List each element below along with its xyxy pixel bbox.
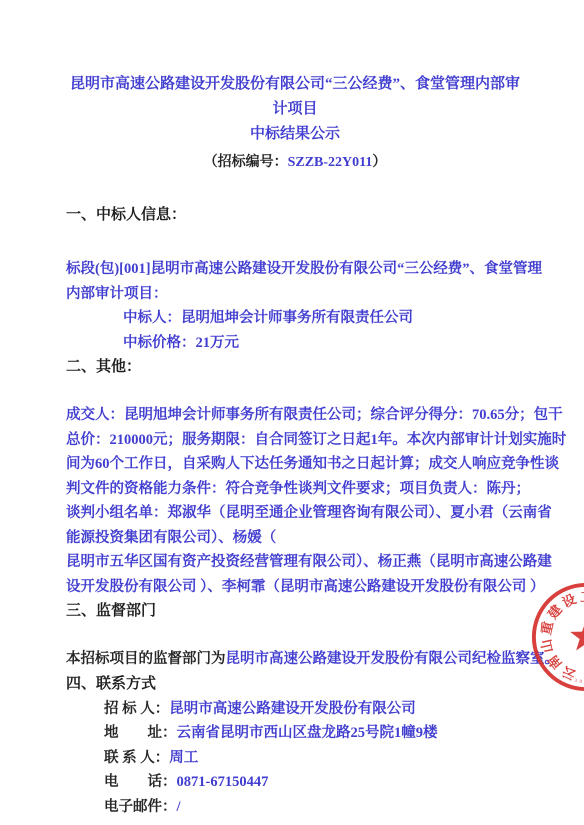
paragraph-line: 判文件的资格能力条件：符合竞争性谈判文件要求；项目负责人：陈丹；: [66, 477, 524, 502]
paragraph-line: 昆明市五华区国有资产投资经营管理有限公司）、杨正燕（昆明市高速公路建: [66, 550, 524, 575]
section2-heading: 二、其他：: [66, 355, 524, 379]
document-title: 昆明市高速公路建设开发股份有限公司“三公经费”、食堂管理内部审计项目 中标结果公…: [66, 72, 524, 147]
winner-info-block: 标段(包)[001]昆明市高速公路建设开发股份有限公司“三公经费”、食堂管理 内…: [66, 257, 524, 355]
contact-row-phone: 电 话：0871-67150447: [66, 770, 524, 795]
contact-label: 招 标 人：: [104, 701, 169, 717]
bid-number-line: （招标编号：SZZB-22Y011）: [66, 153, 524, 173]
document-content: 昆明市高速公路建设开发股份有限公司“三公经费”、食堂管理内部审计项目 中标结果公…: [0, 0, 584, 819]
contact-row-tenderer: 招 标 人：昆明市高速公路建设开发股份有限公司: [66, 697, 524, 722]
supervision-department: 昆明市高速公路建设开发股份有限公司纪检监察室。: [226, 651, 560, 667]
bid-number: SZZB-22Y011: [288, 155, 373, 170]
paragraph-line: 谈判小组名单：郑淑华（昆明至通企业管理咨询有限公司）、夏小君（云南省: [66, 501, 524, 526]
paragraph-line: 能源投资集团有限公司）、杨媛（: [66, 526, 524, 551]
contact-info-block: 招 标 人：昆明市高速公路建设开发股份有限公司 地 址：云南省昆明市西山区盘龙路…: [66, 697, 524, 820]
document-page: 昆明市高速公路建设开发股份有限公司“三公经费”、食堂管理内部审计项目 中标结果公…: [0, 0, 584, 825]
contact-label: 电子邮件：: [104, 799, 177, 815]
document-title-line2: 中标结果公示: [66, 122, 524, 147]
contact-value: /: [177, 799, 181, 815]
deal-details-paragraph: 成交人：昆明旭坤会计师事务所有限责任公司；综合评分得分：70.65分；包干 总价…: [66, 403, 524, 599]
contact-row-address: 地 址：云南省昆明市西山区盘龙路25号院1幢9楼: [66, 721, 524, 746]
contact-value: 周工: [169, 750, 198, 766]
section3-heading: 三、监督部门: [66, 599, 524, 623]
paragraph-line: 成交人：昆明旭坤会计师事务所有限责任公司；综合评分得分：70.65分；包干: [66, 403, 524, 428]
price-line: 中标价格：21万元: [66, 331, 524, 356]
document-title-line1: 昆明市高速公路建设开发股份有限公司“三公经费”、食堂管理内部审计项目: [66, 72, 524, 122]
bid-number-close: ）: [372, 155, 386, 170]
contact-value: 昆明市高速公路建设开发股份有限公司: [169, 701, 416, 717]
contact-row-email: 电子邮件：/: [66, 795, 524, 820]
section4-heading: 四、联系方式: [66, 672, 524, 696]
package-line-1: 标段(包)[001]昆明市高速公路建设开发股份有限公司“三公经费”、食堂管理: [66, 257, 524, 282]
package-line-2: 内部审计项目：: [66, 282, 524, 307]
contact-value: 云南省昆明市西山区盘龙路25号院1幢9楼: [177, 725, 438, 741]
paragraph-line: 设开发股份有限公司 ）、李柯霏（昆明市高速公路建设开发股份有限公司 ）: [66, 575, 524, 600]
contact-label: 地 址：: [104, 725, 177, 741]
contact-label: 电 话：: [104, 774, 177, 790]
contact-row-person: 联 系 人：周工: [66, 746, 524, 771]
paragraph-line: 总价：210000元；服务期限：自合同签订之日起1年。本次内部审计计划实施时: [66, 428, 524, 453]
supervision-line: 本招标项目的监督部门为昆明市高速公路建设开发股份有限公司纪检监察室。: [66, 647, 524, 672]
supervision-prefix: 本招标项目的监督部门为: [66, 651, 226, 667]
contact-value: 0871-67150447: [177, 774, 269, 790]
bid-number-prefix: （招标编号：: [204, 155, 288, 170]
section1-heading: 一、中标人信息：: [66, 203, 524, 227]
contact-label: 联 系 人：: [104, 750, 169, 766]
paragraph-line: 间为60个工作日，自采购人下达任务通知书之日起计算；成交人响应竞争性谈: [66, 452, 524, 477]
winner-line: 中标人：昆明旭坤会计师事务所有限责任公司: [66, 306, 524, 331]
